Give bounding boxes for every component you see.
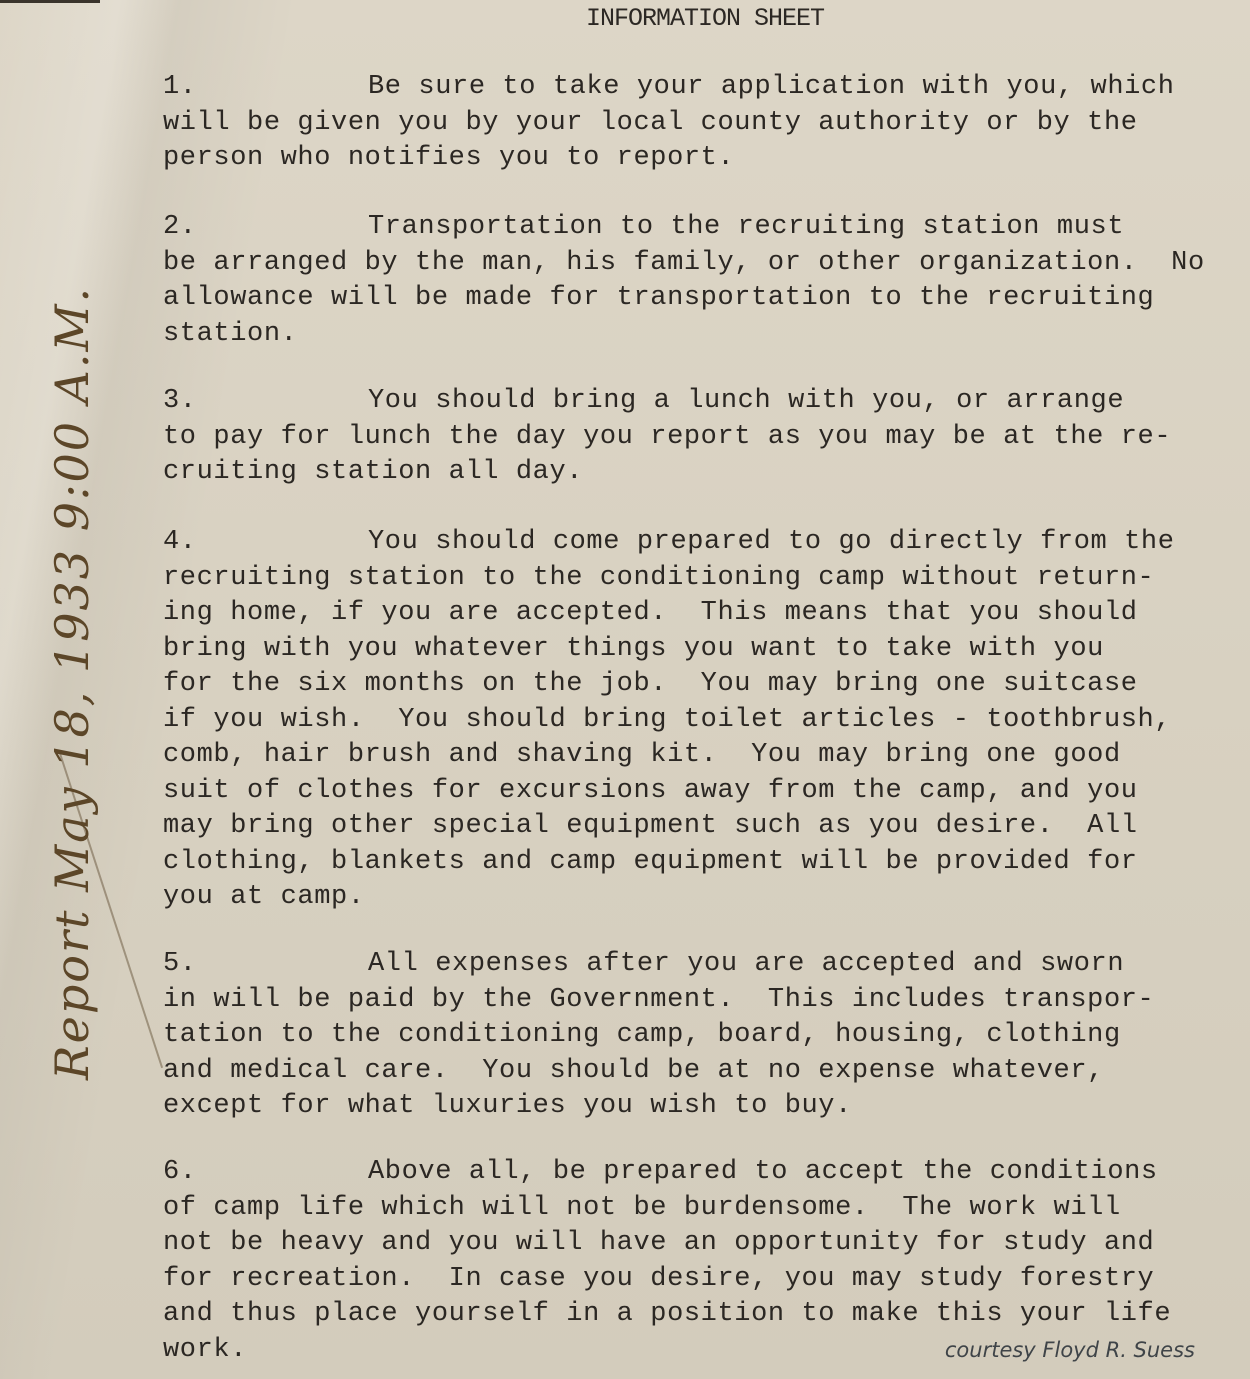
photo-credit: courtesy Floyd R. Suess (945, 1338, 1195, 1362)
paragraph-line: 1.Be sure to take your application with … (163, 70, 1243, 106)
paragraph-line: recruiting station to the conditioning c… (163, 561, 1243, 597)
paragraph-line: clothing, blankets and camp equipment wi… (163, 845, 1243, 881)
paragraph-line: 5.All expenses after you are accepted an… (163, 947, 1243, 983)
paragraph-line: person who notifies you to report. (163, 141, 1243, 177)
paragraph-line: ing home, if you are accepted. This mean… (163, 596, 1243, 632)
paragraph-number: 2. (163, 210, 368, 246)
paragraph-line: to pay for lunch the day you report as y… (163, 420, 1243, 456)
paragraph-5: 5.All expenses after you are accepted an… (163, 947, 1243, 1125)
paragraph-line: 4.You should come prepared to go directl… (163, 525, 1243, 561)
paragraph-1: 1.Be sure to take your application with … (163, 70, 1243, 177)
paragraph-2: 2.Transportation to the recruiting stati… (163, 210, 1243, 352)
paragraph-line: and thus place yourself in a position to… (163, 1297, 1243, 1333)
paragraph-line: may bring other special equipment such a… (163, 809, 1243, 845)
paragraph-3: 3.You should bring a lunch with you, or … (163, 384, 1243, 491)
paragraph-number: 1. (163, 70, 368, 106)
paragraph-line: in will be paid by the Government. This … (163, 983, 1243, 1019)
paragraph-number: 6. (163, 1155, 368, 1191)
paragraph-line: bring with you whatever things you want … (163, 632, 1243, 668)
paragraph-line: if you wish. You should bring toilet art… (163, 703, 1243, 739)
paragraph-line: tation to the conditioning camp, board, … (163, 1018, 1243, 1054)
paragraph-line: suit of clothes for excursions away from… (163, 774, 1243, 810)
paragraph-line: be arranged by the man, his family, or o… (163, 246, 1243, 282)
paragraph-number: 3. (163, 384, 368, 420)
paragraph-number: 4. (163, 525, 368, 561)
paragraph-line: allowance will be made for transportatio… (163, 281, 1243, 317)
paragraph-line: and medical care. You should be at no ex… (163, 1054, 1243, 1090)
paragraph-line: you at camp. (163, 880, 1243, 916)
paragraph-line: except for what luxuries you wish to buy… (163, 1089, 1243, 1125)
paragraph-6: 6.Above all, be prepared to accept the c… (163, 1155, 1243, 1368)
paragraph-line: for the six months on the job. You may b… (163, 667, 1243, 703)
paragraph-line: 3.You should bring a lunch with you, or … (163, 384, 1243, 420)
paragraph-line: 6.Above all, be prepared to accept the c… (163, 1155, 1243, 1191)
paragraph-number: 5. (163, 947, 368, 983)
handwritten-note: Report May 18, 1933 9:00 A.M. (45, 286, 99, 1080)
paragraph-4: 4.You should come prepared to go directl… (163, 525, 1243, 916)
paragraph-line: will be given you by your local county a… (163, 106, 1243, 142)
paragraph-line: 2.Transportation to the recruiting stati… (163, 210, 1243, 246)
paragraph-line: of camp life which will not be burdensom… (163, 1191, 1243, 1227)
document-title: INFORMATION SHEET (0, 4, 1250, 33)
paper-edge (0, 0, 100, 3)
paragraph-line: for recreation. In case you desire, you … (163, 1262, 1243, 1298)
paragraph-line: comb, hair brush and shaving kit. You ma… (163, 738, 1243, 774)
paragraph-line: cruiting station all day. (163, 455, 1243, 491)
paragraph-line: station. (163, 317, 1243, 353)
paragraph-line: not be heavy and you will have an opport… (163, 1226, 1243, 1262)
